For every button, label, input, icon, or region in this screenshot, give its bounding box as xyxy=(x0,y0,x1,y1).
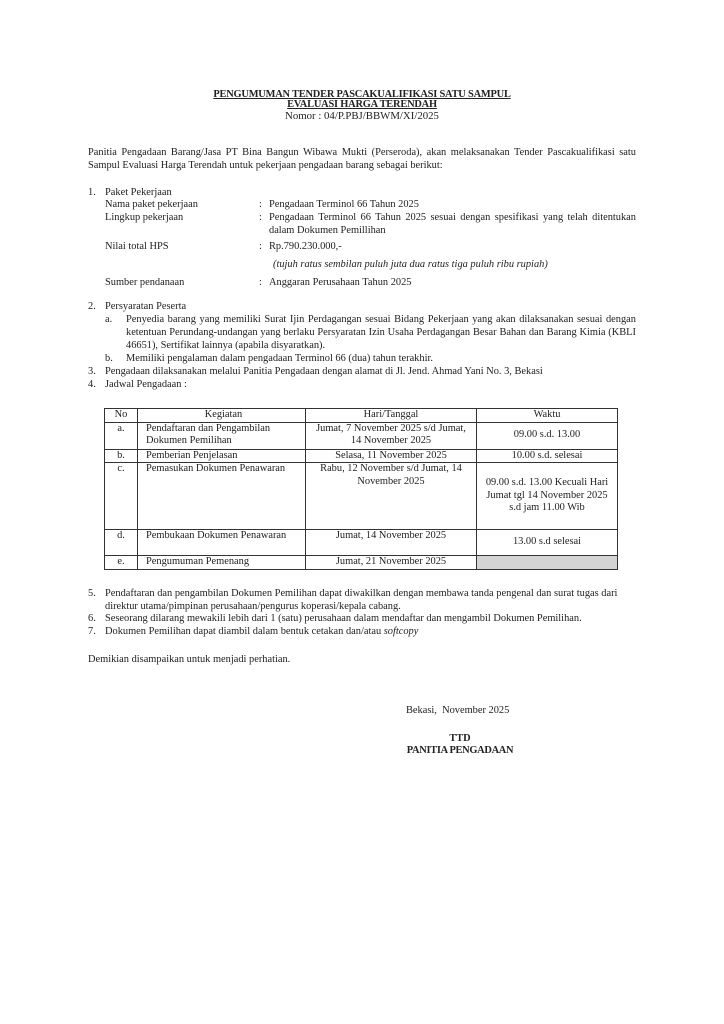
scope-value: Pengadaan Terminol 66 Tahun 2025 sesuai … xyxy=(269,211,636,237)
package-name-label: Nama paket pekerjaan xyxy=(105,198,198,211)
row-no: b. xyxy=(105,449,138,463)
schedule-table: No Kegiatan Hari/Tanggal Waktu a. Pendaf… xyxy=(104,408,618,570)
header-kegiatan: Kegiatan xyxy=(138,409,306,423)
row-kegiatan: Pembukaan Dokumen Penawaran xyxy=(138,530,306,556)
requirement-b-text: Memiliki pengalaman dalam pengadaan Term… xyxy=(126,352,636,365)
section-4-number: 4. xyxy=(88,378,96,391)
table-row: a. Pendaftaran dan Pengambilan Dokumen P… xyxy=(105,422,618,449)
section-2-number: 2. xyxy=(88,300,96,313)
hps-label: Nilai total HPS xyxy=(105,240,169,253)
row-no: e. xyxy=(105,556,138,570)
table-row: b. Pemberian Penjelasan Selasa, 11 Novem… xyxy=(105,449,618,463)
row-waktu-empty xyxy=(477,556,618,570)
row-no: d. xyxy=(105,530,138,556)
section-1-number: 1. xyxy=(88,186,96,199)
hps-words: (tujuh ratus sembilan puluh juta dua rat… xyxy=(273,258,640,271)
row-tanggal: Jumat, 21 November 2025 xyxy=(306,556,477,570)
colon: : xyxy=(259,211,262,224)
section-6-number: 6. xyxy=(88,612,96,625)
colon: : xyxy=(259,276,262,289)
section-7-softcopy: softcopy xyxy=(384,626,419,637)
colon: : xyxy=(259,198,262,211)
row-no: a. xyxy=(105,422,138,449)
section-3-number: 3. xyxy=(88,365,96,378)
row-tanggal: Selasa, 11 November 2025 xyxy=(306,449,477,463)
place-date: Bekasi, November 2025 xyxy=(406,704,509,717)
table-row: e. Pengumuman Pemenang Jumat, 21 Novembe… xyxy=(105,556,618,570)
table-row: c. Pemasukan Dokumen Penawaran Rabu, 12 … xyxy=(105,463,618,530)
section-2-heading: Persyaratan Peserta xyxy=(105,300,186,313)
header-waktu: Waktu xyxy=(477,409,618,423)
row-tanggal: Jumat, 7 November 2025 s/d Jumat, 14 Nov… xyxy=(306,422,477,449)
section-6-text: Seseorang dilarang mewakili lebih dari 1… xyxy=(105,612,636,625)
header-tanggal: Hari/Tanggal xyxy=(306,409,477,423)
hps-value: Rp.790.230.000,- xyxy=(269,240,636,253)
row-kegiatan: Pendaftaran dan Pengambilan Dokumen Pemi… xyxy=(138,422,306,449)
section-5-text: Pendaftaran dan pengambilan Dokumen Pemi… xyxy=(105,587,636,613)
row-kegiatan: Pemberian Penjelasan xyxy=(138,449,306,463)
row-kegiatan: Pemasukan Dokumen Penawaran xyxy=(138,463,306,530)
intro-paragraph: Panitia Pengadaan Barang/Jasa PT Bina Ba… xyxy=(88,146,636,172)
closing-sentence: Demikian disampaikan untuk menjadi perha… xyxy=(88,653,290,666)
row-no: c. xyxy=(105,463,138,530)
scope-label: Lingkup pekerjaan xyxy=(105,211,183,224)
section-7-text: Dokumen Pemilihan dapat diambil dalam be… xyxy=(105,625,636,638)
row-kegiatan: Pengumuman Pemenang xyxy=(138,556,306,570)
requirement-a-text: Penyedia barang yang memiliki Surat Ijin… xyxy=(126,313,636,352)
requirement-b-letter: b. xyxy=(105,352,113,365)
section-7-text-prefix: Dokumen Pemilihan dapat diambil dalam be… xyxy=(105,626,384,637)
section-3-text: Pengadaan dilaksanakan melalui Panitia P… xyxy=(105,365,636,378)
header-no: No xyxy=(105,409,138,423)
funding-label: Sumber pendanaan xyxy=(105,276,184,289)
package-name-value: Pengadaan Terminol 66 Tahun 2025 xyxy=(269,198,636,211)
section-5-number: 5. xyxy=(88,587,96,600)
section-4-heading: Jadwal Pengadaan : xyxy=(105,378,636,391)
table-row: d. Pembukaan Dokumen Penawaran Jumat, 14… xyxy=(105,530,618,556)
row-tanggal: Jumat, 14 November 2025 xyxy=(306,530,477,556)
row-waktu: 09.00 s.d. 13.00 xyxy=(477,422,618,449)
signer-name: PANITIA PENGADAAN xyxy=(380,744,540,757)
row-waktu: 10.00 s.d. selesai xyxy=(477,449,618,463)
row-waktu: 09.00 s.d. 13.00 Kecuali Hari Jumat tgl … xyxy=(477,463,618,530)
table-header-row: No Kegiatan Hari/Tanggal Waktu xyxy=(105,409,618,423)
requirement-a-letter: a. xyxy=(105,313,112,326)
document-number: Nomor : 04/P.PBJ/BBWM/XI/2025 xyxy=(0,110,724,123)
funding-value: Anggaran Perusahaan Tahun 2025 xyxy=(269,276,636,289)
row-tanggal: Rabu, 12 November s/d Jumat, 14 November… xyxy=(306,463,477,530)
row-waktu: 13.00 s.d selesai xyxy=(477,530,618,556)
section-7-number: 7. xyxy=(88,625,96,638)
colon: : xyxy=(259,240,262,253)
